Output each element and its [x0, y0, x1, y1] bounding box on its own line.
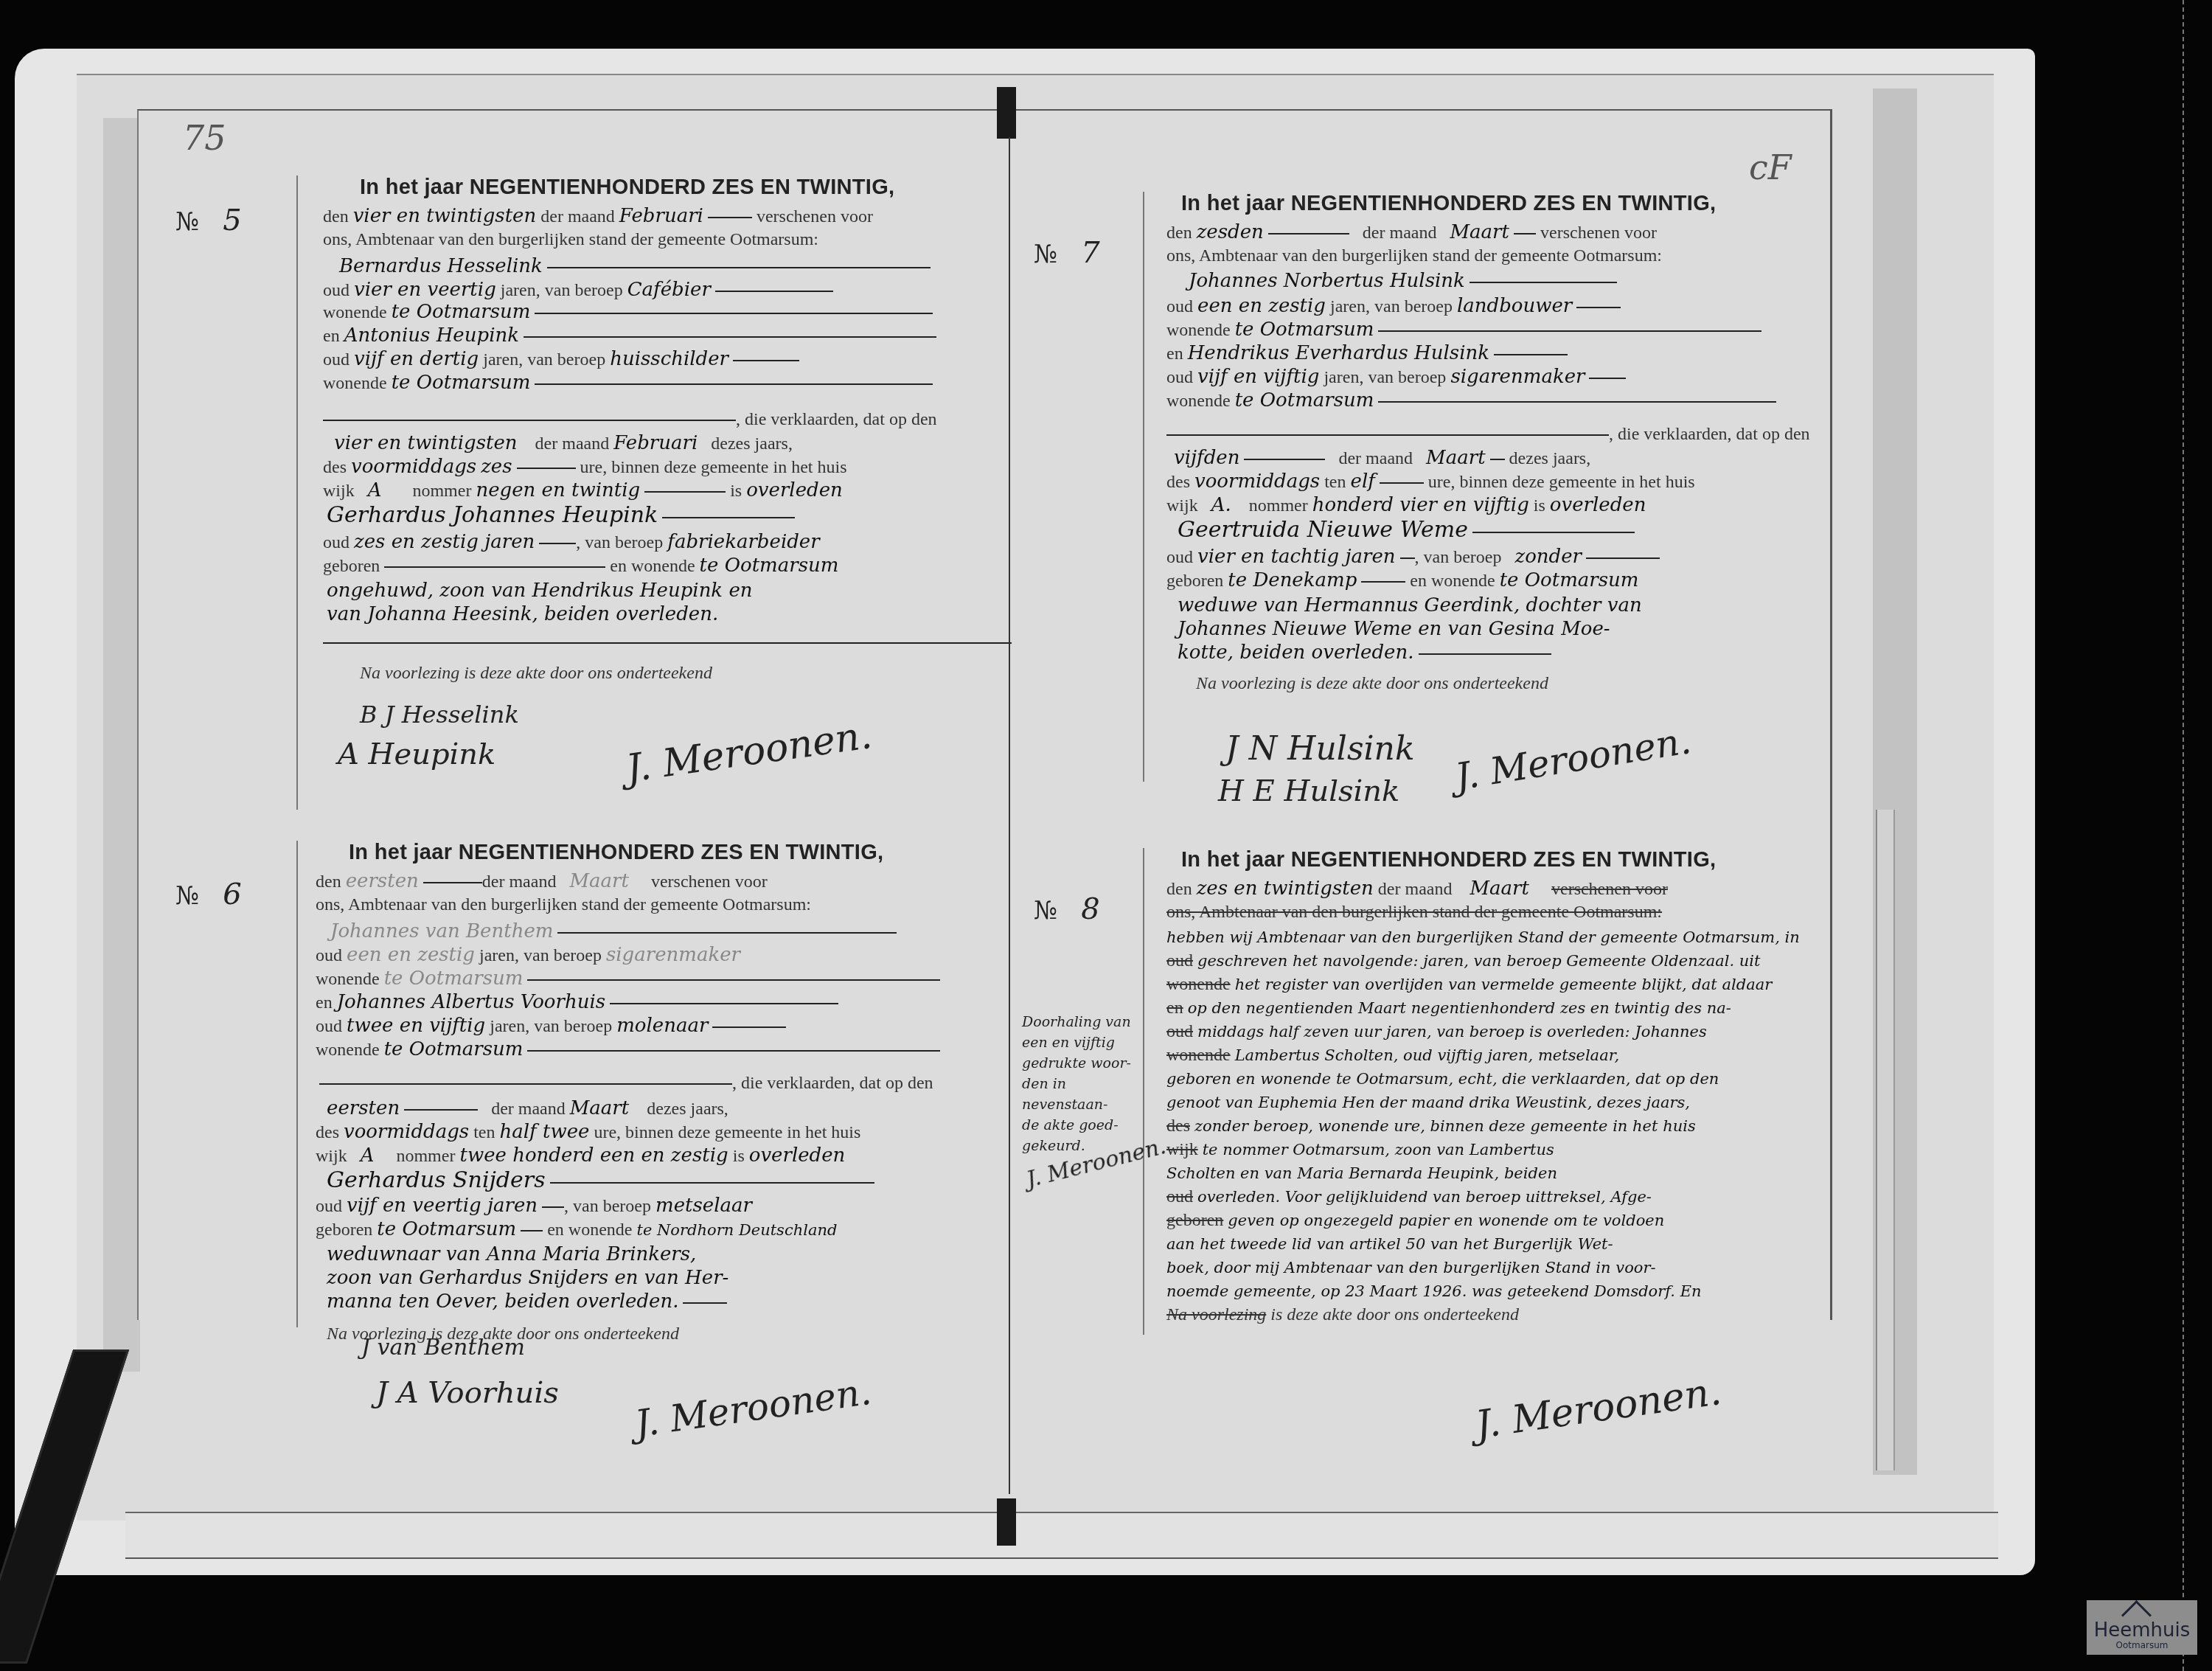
- label-wonende: wonende: [1166, 392, 1231, 411]
- field-nommer: negen en twintig: [476, 479, 640, 501]
- struck-printed-word: geboren: [1166, 1211, 1223, 1230]
- line-verklaarden: , die verklaarden, dat op den: [1166, 423, 1810, 445]
- act-heading: In het jaar NEGENTIENHONDERD ZES EN TWIN…: [349, 841, 883, 865]
- margin-note-line: gedrukte woor-: [1022, 1053, 1147, 1074]
- handwritten-text: overleden. Voor gelijkluidend van beroep…: [1197, 1188, 1652, 1206]
- field-death-day: vijfden: [1174, 447, 1239, 469]
- signature-witness1: J van Benthem: [361, 1335, 525, 1361]
- remark-text: weduwnaar van Anna Maria Brinkers,: [327, 1243, 696, 1265]
- number-value: 6: [223, 878, 241, 911]
- remark-text: Johannes Nieuwe Weme en van Gesina Moe-: [1178, 618, 1610, 640]
- line-death-date: vijfden der maand Maart dezes jaars,: [1174, 447, 1590, 470]
- struck-printed-word: oud: [1166, 1187, 1193, 1206]
- label-oud: oud: [316, 1197, 342, 1216]
- line-witness1: Johannes Norbertus Hulsink: [1189, 270, 1617, 293]
- field-born: te Denekamp: [1228, 569, 1357, 591]
- page-mark-left: 75: [183, 118, 226, 158]
- field-maand: Februari: [619, 205, 703, 227]
- binding-bottom: [997, 1498, 1016, 1546]
- field-wijk: A: [368, 479, 382, 501]
- line-ambtenaar: ons, Ambtenaar van den burgerlijken stan…: [1166, 245, 1662, 267]
- number-label: №: [1034, 240, 1057, 269]
- number-value: 8: [1081, 892, 1099, 926]
- line-witness2-age: oud vijf en vijftig jaren, van beroep si…: [1166, 366, 1626, 389]
- number-value: 7: [1081, 236, 1099, 270]
- label-dezes-jaars: dezes jaars,: [647, 1099, 728, 1119]
- line-remark-3: manna ten Oever, beiden overleden.: [327, 1290, 727, 1313]
- field-deceased-name: Gerhardus Johannes Heupink: [327, 502, 658, 528]
- handwritten-text: op den negentienden Maart negentienhonde…: [1188, 999, 1731, 1017]
- line-witness2: en Johannes Albertus Voorhuis: [316, 991, 838, 1014]
- line-born: geboren te Denekamp en wonende te Ootmar…: [1166, 569, 1638, 592]
- line-witness1-res: wonende te Ootmarsum: [323, 301, 933, 324]
- line-hour: des voormiddags ten half twee ure, binne…: [316, 1121, 860, 1144]
- label-en-wonende: en wonende: [1410, 572, 1495, 591]
- field-deceased-name: Gerhardus Snijders: [327, 1167, 546, 1193]
- field-daypart: voormiddags: [1194, 470, 1320, 493]
- handwritten-text: hebben wij Ambtenaar van den burgerlijke…: [1166, 928, 1800, 946]
- field-residence: te Nordhorn Deutschland: [636, 1221, 837, 1239]
- line-remark-2: zoon van Gerhardus Snijders en van Her-: [327, 1267, 728, 1290]
- field-witness1-job: Cafébier: [627, 279, 711, 301]
- film-edge: [2183, 0, 2191, 1671]
- label-verschenen: verschenen voor: [1540, 223, 1657, 243]
- line-witness1-res: wonende te Ootmarsum: [1166, 319, 1761, 341]
- field-witness1-job: landbouwer: [1457, 295, 1572, 317]
- label-maand: der maand: [482, 872, 557, 892]
- label-den: den: [316, 872, 341, 892]
- line-born: geboren en wonende te Ootmarsum: [323, 555, 838, 577]
- label-is: is: [730, 482, 742, 501]
- line-witness1: Bernardus Hesselink: [339, 255, 931, 278]
- label-geboren: geboren: [1166, 572, 1223, 591]
- label-oud: oud: [316, 1017, 342, 1036]
- struck-printed-word: oud: [1166, 1022, 1193, 1041]
- act-8-body-line: wijk te nommer Ootmarsum, zoon van Lambe…: [1166, 1139, 1554, 1161]
- label-is: is: [733, 1147, 745, 1166]
- field-residence: te Ootmarsum: [1500, 569, 1639, 591]
- remark-text: zoon van Gerhardus Snijders en van Her-: [327, 1267, 728, 1289]
- label-oud: oud: [323, 350, 349, 369]
- label-oud: oud: [323, 533, 349, 552]
- signature-witness1: B J Hesselink: [360, 701, 519, 729]
- line-remark-1: weduwnaar van Anna Maria Brinkers,: [327, 1243, 696, 1266]
- label-wonende: wonende: [316, 1041, 380, 1060]
- bottom-page-edges: [125, 1512, 1998, 1559]
- struck-ambtenaar: ons, Ambtenaar van den burgerlijken stan…: [1166, 901, 1662, 923]
- field-deceased-age: vijf en veertig jaren: [347, 1195, 538, 1217]
- line-witness2: en Hendrikus Everhardus Hulsink: [1166, 342, 1568, 365]
- signature-official: J. Meroonen.: [1452, 719, 1694, 799]
- field-death-month: Maart: [570, 1097, 630, 1119]
- line-remark-2: Johannes Nieuwe Weme en van Gesina Moe-: [1178, 618, 1610, 641]
- line-witness1: Johannes van Benthem: [330, 920, 897, 943]
- line-witness1-age: oud een en zestig jaren, van beroep land…: [1166, 295, 1621, 318]
- field-wijk: A.: [1211, 494, 1231, 516]
- line-address: wijk A nommer negen en twintig is overle…: [323, 479, 843, 502]
- field-maand: Maart: [1470, 878, 1529, 900]
- line-deceased: Geertruida Nieuwe Weme: [1178, 519, 1635, 543]
- label-geboren: geboren: [323, 557, 380, 576]
- field-daypart: voormiddags: [351, 456, 476, 478]
- act-number: №5: [175, 204, 242, 237]
- closing-rest: is deze akte door ons onderteekend: [1270, 1305, 1519, 1324]
- label-verklaarden: , die verklaarden, dat op den: [732, 1074, 933, 1093]
- left-page: 75 №5 In het jaar NEGENTIENHONDERD ZES E…: [137, 109, 1009, 1320]
- line-address: wijk A. nommer honderd vier en vijftig i…: [1166, 494, 1646, 517]
- label-geboren: geboren: [316, 1220, 372, 1240]
- field-hour: half twee: [500, 1121, 590, 1143]
- line-witness2-age: oud twee en vijftig jaren, van beroep mo…: [316, 1015, 786, 1038]
- handwritten-text: noemde gemeente, op 23 Maart 1926. was g…: [1166, 1282, 1702, 1300]
- struck-printed-word: en: [1166, 998, 1183, 1018]
- line-ambtenaar: ons, Ambtenaar van den burgerlijken stan…: [316, 894, 811, 916]
- field-witness2-job: sigarenmaker: [1450, 366, 1585, 388]
- signature-witness1: J N Hulsink: [1225, 730, 1415, 768]
- label-jaren-beroep: jaren, van beroep: [1330, 297, 1453, 316]
- line-witness2: en Antonius Heupink: [323, 324, 936, 347]
- act-heading: In het jaar NEGENTIENHONDERD ZES EN TWIN…: [1181, 192, 1716, 216]
- line-witness2-res: wonende te Ootmarsum: [323, 372, 933, 395]
- line-verklaarden: , die verklaarden, dat op den: [319, 1072, 933, 1094]
- struck-closing: Na voorlezing: [1166, 1305, 1266, 1324]
- label-des: des: [316, 1123, 339, 1142]
- margin-rule: [1143, 192, 1144, 782]
- line-remark-1: weduwe van Hermannus Geerdink, dochter v…: [1178, 594, 1642, 617]
- field-maand: Maart: [1450, 221, 1509, 243]
- field-deceased-name: Geertruida Nieuwe Weme: [1178, 517, 1468, 543]
- signature-official: J. Meroonen.: [623, 713, 874, 791]
- heading-prefix: In het jaar: [360, 176, 463, 199]
- remark-text: manna ten Oever, beiden overleden.: [327, 1290, 678, 1313]
- signature-witness2: A Heupink: [338, 737, 495, 771]
- field-witness2-age: vijf en vijftig: [1197, 366, 1319, 388]
- act-8-body-line: oud overleden. Voor gelijkluidend van be…: [1166, 1186, 1652, 1208]
- label-jaren-beroep: jaren, van beroep: [501, 281, 623, 300]
- field-witness2-residence: te Ootmarsum: [392, 372, 531, 394]
- label-den: den: [1166, 223, 1192, 243]
- struck-printed-word: wonende: [1166, 1046, 1231, 1065]
- line-hour: des voormiddags zes ure, binnen deze gem…: [323, 456, 846, 479]
- field-witness1-residence: te Ootmarsum: [1235, 319, 1374, 341]
- number-label: №: [1034, 896, 1057, 925]
- act-8-body-line: des zonder beroep, wonende ure, binnen d…: [1166, 1115, 1696, 1137]
- line-deceased-age: oud zes en zestig jaren , van beroep fab…: [323, 531, 820, 554]
- handwritten-text: het register van overlijden van vermelde…: [1235, 976, 1773, 993]
- field-witness1-residence: te Ootmarsum: [392, 301, 531, 323]
- act-8-body-line: noemde gemeente, op 23 Maart 1926. was g…: [1166, 1280, 1702, 1302]
- label-en-wonende: en wonende: [610, 557, 695, 576]
- label-oud: oud: [323, 281, 349, 300]
- field-deceased-job: fabriekarbeider: [667, 531, 819, 553]
- field-deceased-job: zonder: [1514, 546, 1582, 568]
- label-en: en: [316, 993, 333, 1012]
- field-overleden: overleden: [746, 479, 843, 501]
- field-nommer: twee honderd een en zestig: [459, 1144, 728, 1167]
- number-value: 5: [223, 204, 241, 237]
- handwritten-text: boek, door mij Ambtenaar van den burgerl…: [1166, 1259, 1656, 1276]
- line-remark-2: van Johanna Heesink, beiden overleden.: [327, 603, 718, 626]
- field-den: zes en twintigsten: [1197, 878, 1374, 900]
- handwritten-text: te nommer Ootmarsum, zoon van Lambertus: [1203, 1141, 1554, 1158]
- label-jaren-beroep: jaren, van beroep: [483, 350, 605, 369]
- field-den: zesden: [1197, 221, 1264, 243]
- page-mark-right: cF: [1749, 147, 1792, 187]
- remark-text: van Johanna Heesink, beiden overleden.: [327, 603, 718, 625]
- field-death-month: Februari: [613, 432, 698, 454]
- struck-printed-word: des: [1166, 1116, 1190, 1136]
- closing-text: Na voorlezing is deze akte door ons onde…: [360, 664, 712, 684]
- struck-verschenen: verschenen voor: [1551, 880, 1668, 899]
- label-wijk: wijk: [1166, 496, 1198, 515]
- label-wonende: wonende: [323, 303, 387, 322]
- struck-printed-word: oud: [1166, 951, 1193, 970]
- label-wonende: wonende: [323, 374, 387, 393]
- act-8-body-line: geboren geven op ongezegeld papier en wo…: [1166, 1209, 1664, 1231]
- label-oud: oud: [316, 946, 342, 965]
- label-oud: oud: [1166, 548, 1193, 567]
- label-maand: der maand: [535, 434, 610, 454]
- number-label: №: [175, 207, 199, 237]
- label-des: des: [323, 458, 347, 477]
- field-witness1-age: een en zestig: [347, 944, 475, 966]
- act-8-body-line: oud middags half zeven uur jaren, van be…: [1166, 1021, 1707, 1043]
- signature-witness2: J A Voorhuis: [376, 1376, 559, 1410]
- field-deceased-age: zes en zestig jaren: [354, 531, 535, 553]
- act-8-body-line: aan het tweede lid van artikel 50 van he…: [1166, 1233, 1613, 1255]
- margin-note-line: den in nevenstaan-: [1022, 1074, 1147, 1115]
- act-8-body-line: oud geschreven het navolgende: jaren, va…: [1166, 950, 1761, 972]
- label-van-beroep: , van beroep: [576, 533, 663, 552]
- heading-year: NEGENTIENHONDERD ZES EN TWINTIG,: [1291, 192, 1717, 215]
- line-address: wijk A nommer twee honderd een en zestig…: [316, 1144, 845, 1167]
- margin-note-line: een en vijftig: [1022, 1032, 1147, 1053]
- field-den: vier en twintigsten: [353, 205, 537, 227]
- handwritten-text: geschreven het navolgende: jaren, van be…: [1197, 952, 1761, 970]
- line-deceased: Gerhardus Johannes Heupink: [327, 504, 795, 528]
- field-born: te Ootmarsum: [377, 1218, 516, 1240]
- line-deceased-age: oud vijf en veertig jaren , van beroep m…: [316, 1195, 752, 1217]
- label-en-wonende: en wonende: [547, 1220, 632, 1240]
- line-date: den vier en twintigsten der maand Februa…: [323, 205, 873, 228]
- line-death-date: eersten der maand Maart dezes jaars,: [327, 1097, 728, 1120]
- act-heading: In het jaar NEGENTIENHONDERD ZES EN TWIN…: [360, 176, 894, 200]
- label-wijk: wijk: [316, 1147, 347, 1166]
- field-daypart: voormiddags: [344, 1121, 469, 1143]
- line-end-rule: [323, 631, 1097, 653]
- label-is: is: [1534, 496, 1545, 515]
- label-verklaarden: , die verklaarden, dat op den: [1609, 425, 1810, 444]
- label-verschenen: verschenen voor: [757, 207, 873, 226]
- line-remark-3: kotte, beiden overleden.: [1178, 642, 1551, 664]
- field-death-day: vier en twintigsten: [334, 432, 518, 454]
- field-witness1-age: vier en veertig: [354, 279, 496, 301]
- field-deceased-job: metselaar: [655, 1195, 752, 1217]
- line-verklaarden: , die verklaarden, dat op den: [323, 409, 937, 431]
- field-death-month: Maart: [1426, 447, 1486, 469]
- act-number: №8: [1034, 892, 1100, 926]
- label-verklaarden: , die verklaarden, dat op den: [736, 410, 937, 429]
- margin-rule: [296, 841, 298, 1327]
- field-witness2-name: Antonius Heupink: [344, 324, 519, 347]
- handwritten-text: Lambertus Scholten, oud vijftig jaren, m…: [1235, 1046, 1619, 1064]
- field-wijk: A: [361, 1144, 375, 1167]
- line-ambtenaar: ons, Ambtenaar van den burgerlijken stan…: [323, 229, 818, 251]
- handwritten-text: geboren en wonende te Ootmarsum, echt, d…: [1166, 1070, 1719, 1088]
- label-nommer: nommer: [396, 1147, 455, 1166]
- label-nommer: nommer: [412, 482, 471, 501]
- line-witness1-age: oud een en zestig jaren, van beroep siga…: [316, 944, 740, 967]
- field-den: eersten: [346, 870, 419, 892]
- field-witness2-job: molenaar: [616, 1015, 708, 1037]
- label-oud: oud: [1166, 368, 1193, 387]
- act-8-body-line: genoot van Euphemia Hen der maand drika …: [1166, 1091, 1690, 1114]
- label-maand: der maand: [491, 1099, 566, 1119]
- margin-note-line: Doorhaling van: [1022, 1012, 1147, 1032]
- field-witness1-residence: te Ootmarsum: [384, 967, 524, 990]
- line-date: den zes en twintigsten der maand Maart v…: [1166, 878, 1668, 900]
- act-8-body-line: Scholten en van Maria Bernarda Heupink, …: [1166, 1162, 1557, 1184]
- label-ure: ure, binnen deze gemeente in het huis: [580, 458, 847, 477]
- field-witness1-name: Johannes van Benthem: [330, 920, 553, 942]
- label-den: den: [1166, 880, 1192, 899]
- book-gutter: [1009, 137, 1010, 1494]
- label-oud: oud: [1166, 297, 1193, 316]
- label-en: en: [323, 327, 340, 346]
- margin-note-line: de akte goed-: [1022, 1115, 1147, 1136]
- field-overleden: overleden: [749, 1144, 846, 1167]
- margin-rule: [296, 176, 298, 810]
- label-dezes-jaars: dezes jaars,: [711, 434, 793, 454]
- closing-text: Na voorlezing is deze akte door ons onde…: [1196, 674, 1548, 694]
- label-maand: der maand: [540, 207, 615, 226]
- line-witness2-age: oud vijf en dertig jaren, van beroep hui…: [323, 348, 799, 371]
- label-wonende: wonende: [1166, 321, 1231, 340]
- remark-text: kotte, beiden overleden.: [1178, 642, 1414, 664]
- act-8-body-line: wonende Lambertus Scholten, oud vijftig …: [1166, 1044, 1619, 1066]
- label-ten: ten: [473, 1123, 495, 1142]
- act-number: №6: [175, 878, 242, 911]
- logo-sub: Ootmarsum: [2087, 1640, 2197, 1650]
- act-number: №7: [1034, 236, 1100, 270]
- heading-year: NEGENTIENHONDERD ZES EN TWINTIG,: [470, 176, 895, 199]
- label-wijk: wijk: [323, 482, 355, 501]
- label-ten: ten: [1324, 473, 1346, 492]
- label-jaren-beroep: jaren, van beroep: [490, 1017, 612, 1036]
- label-ure: ure, binnen deze gemeente in het huis: [594, 1123, 860, 1142]
- label-ure: ure, binnen deze gemeente in het huis: [1428, 473, 1695, 492]
- remark-text: weduwe van Hermannus Geerdink, dochter v…: [1178, 594, 1642, 616]
- label-wonende: wonende: [316, 970, 380, 989]
- line-date: den zesden der maand Maart verschenen vo…: [1166, 221, 1657, 244]
- heading-year: NEGENTIENHONDERD ZES EN TWINTIG,: [1291, 848, 1717, 872]
- line-witness1-res: wonende te Ootmarsum: [316, 967, 940, 990]
- label-jaren-beroep: jaren, van beroep: [1324, 368, 1446, 387]
- act-8-body-line: wonende het register van overlijden van …: [1166, 973, 1772, 996]
- field-overleden: overleden: [1550, 494, 1646, 516]
- act-8-body-line: geboren en wonende te Ootmarsum, echt, d…: [1166, 1068, 1719, 1090]
- act-heading: In het jaar NEGENTIENHONDERD ZES EN TWIN…: [1181, 848, 1716, 872]
- label-maand: der maand: [1338, 449, 1413, 468]
- label-van-beroep: , van beroep: [564, 1197, 651, 1216]
- handwritten-text: zonder beroep, wonende ure, binnen deze …: [1194, 1117, 1696, 1135]
- heading-prefix: In het jaar: [349, 841, 452, 864]
- line-witness1-age: oud vier en veertig jaren, van beroep Ca…: [323, 279, 833, 302]
- field-deceased-age: vier en tachtig jaren: [1197, 546, 1396, 568]
- line-death-date: vier en twintigsten der maand Februari d…: [334, 432, 793, 455]
- handwritten-text: genoot van Euphemia Hen der maand drika …: [1166, 1094, 1690, 1111]
- field-witness2-residence: te Ootmarsum: [384, 1038, 524, 1060]
- line-born: geboren te Ootmarsum en wonende te Nordh…: [316, 1218, 837, 1241]
- act-8-body-line: en op den negentienden Maart negentienho…: [1166, 997, 1731, 1019]
- heading-year: NEGENTIENHONDERD ZES EN TWINTIG,: [459, 841, 884, 864]
- field-witness2-job: huisschilder: [610, 348, 728, 370]
- closing-text: Na voorlezing is deze akte door ons onde…: [1166, 1305, 1519, 1325]
- field-witness2-age: vijf en dertig: [354, 348, 479, 370]
- heading-prefix: In het jaar: [1181, 192, 1284, 215]
- line-deceased: Gerhardus Snijders: [327, 1170, 874, 1193]
- signature-witness2: H E Hulsink: [1218, 774, 1399, 808]
- field-nommer: honderd vier en vijftig: [1312, 494, 1529, 516]
- struck-printed-word: wonende: [1166, 975, 1231, 994]
- number-label: №: [175, 881, 199, 911]
- label-nommer: nommer: [1249, 496, 1308, 515]
- heading-prefix: In het jaar: [1181, 848, 1284, 872]
- act-8-body-line: boek, door mij Ambtenaar van den burgerl…: [1166, 1257, 1656, 1279]
- field-witness1-age: een en zestig: [1197, 295, 1326, 317]
- field-witness2-residence: te Ootmarsum: [1235, 389, 1374, 411]
- label-maand: der maand: [1363, 223, 1437, 243]
- act-8-body-line: hebben wij Ambtenaar van den burgerlijke…: [1166, 926, 1800, 948]
- handwritten-text: middags half zeven uur jaren, van beroep…: [1197, 1023, 1707, 1041]
- label-des: des: [1166, 473, 1190, 492]
- handwritten-text: geven op ongezegeld papier en wonende om…: [1228, 1212, 1664, 1229]
- label-den: den: [323, 207, 349, 226]
- handwritten-text: Scholten en van Maria Bernarda Heupink, …: [1166, 1164, 1557, 1182]
- line-date: den eersten der maand Maart verschenen v…: [316, 870, 768, 893]
- binding-top: [997, 87, 1016, 139]
- field-residence: te Ootmarsum: [700, 555, 839, 577]
- field-witness1-name: Bernardus Hesselink: [339, 255, 543, 277]
- line-witness2-res: wonende te Ootmarsum: [1166, 389, 1776, 412]
- logo-name: Heemhuis: [2087, 1619, 2197, 1642]
- label-dezes-jaars: dezes jaars,: [1509, 449, 1591, 468]
- label-van-beroep: , van beroep: [1415, 548, 1502, 567]
- field-witness1-name: Johannes Norbertus Hulsink: [1189, 270, 1465, 292]
- line-hour: des voormiddags ten elf ure, binnen deze…: [1166, 470, 1695, 493]
- line-deceased-age: oud vier en tachtig jaren , van beroep z…: [1166, 546, 1660, 569]
- book-edge-left: [103, 118, 140, 1372]
- margin-note: Doorhaling van een en vijftig gedrukte w…: [1022, 1012, 1147, 1156]
- field-witness2-name: Johannes Albertus Voorhuis: [337, 991, 605, 1013]
- field-death-day: eersten: [327, 1097, 400, 1119]
- line-witness2-res: wonende te Ootmarsum: [316, 1038, 940, 1061]
- label-jaren-beroep: jaren, van beroep: [479, 946, 602, 965]
- handwritten-text: aan het tweede lid van artikel 50 van he…: [1166, 1235, 1613, 1253]
- field-hour: zes: [481, 456, 512, 478]
- field-hour: elf: [1351, 470, 1375, 493]
- field-witness1-job: sigarenmaker: [606, 944, 740, 966]
- struck-printed-word: wijk: [1166, 1140, 1198, 1159]
- label-maand: der maand: [1378, 880, 1453, 899]
- label-verschenen: verschenen voor: [651, 872, 768, 892]
- field-witness2-name: Hendrikus Everhardus Hulsink: [1188, 342, 1489, 364]
- page-edge-tab: [1876, 810, 1895, 1470]
- field-witness2-age: twee en vijftig: [347, 1015, 485, 1037]
- heemhuis-logo: Heemhuis Ootmarsum: [2087, 1600, 2197, 1655]
- field-maand: Maart: [569, 870, 629, 892]
- line-remark-1: ongehuwd, zoon van Hendrikus Heupink en: [327, 580, 753, 602]
